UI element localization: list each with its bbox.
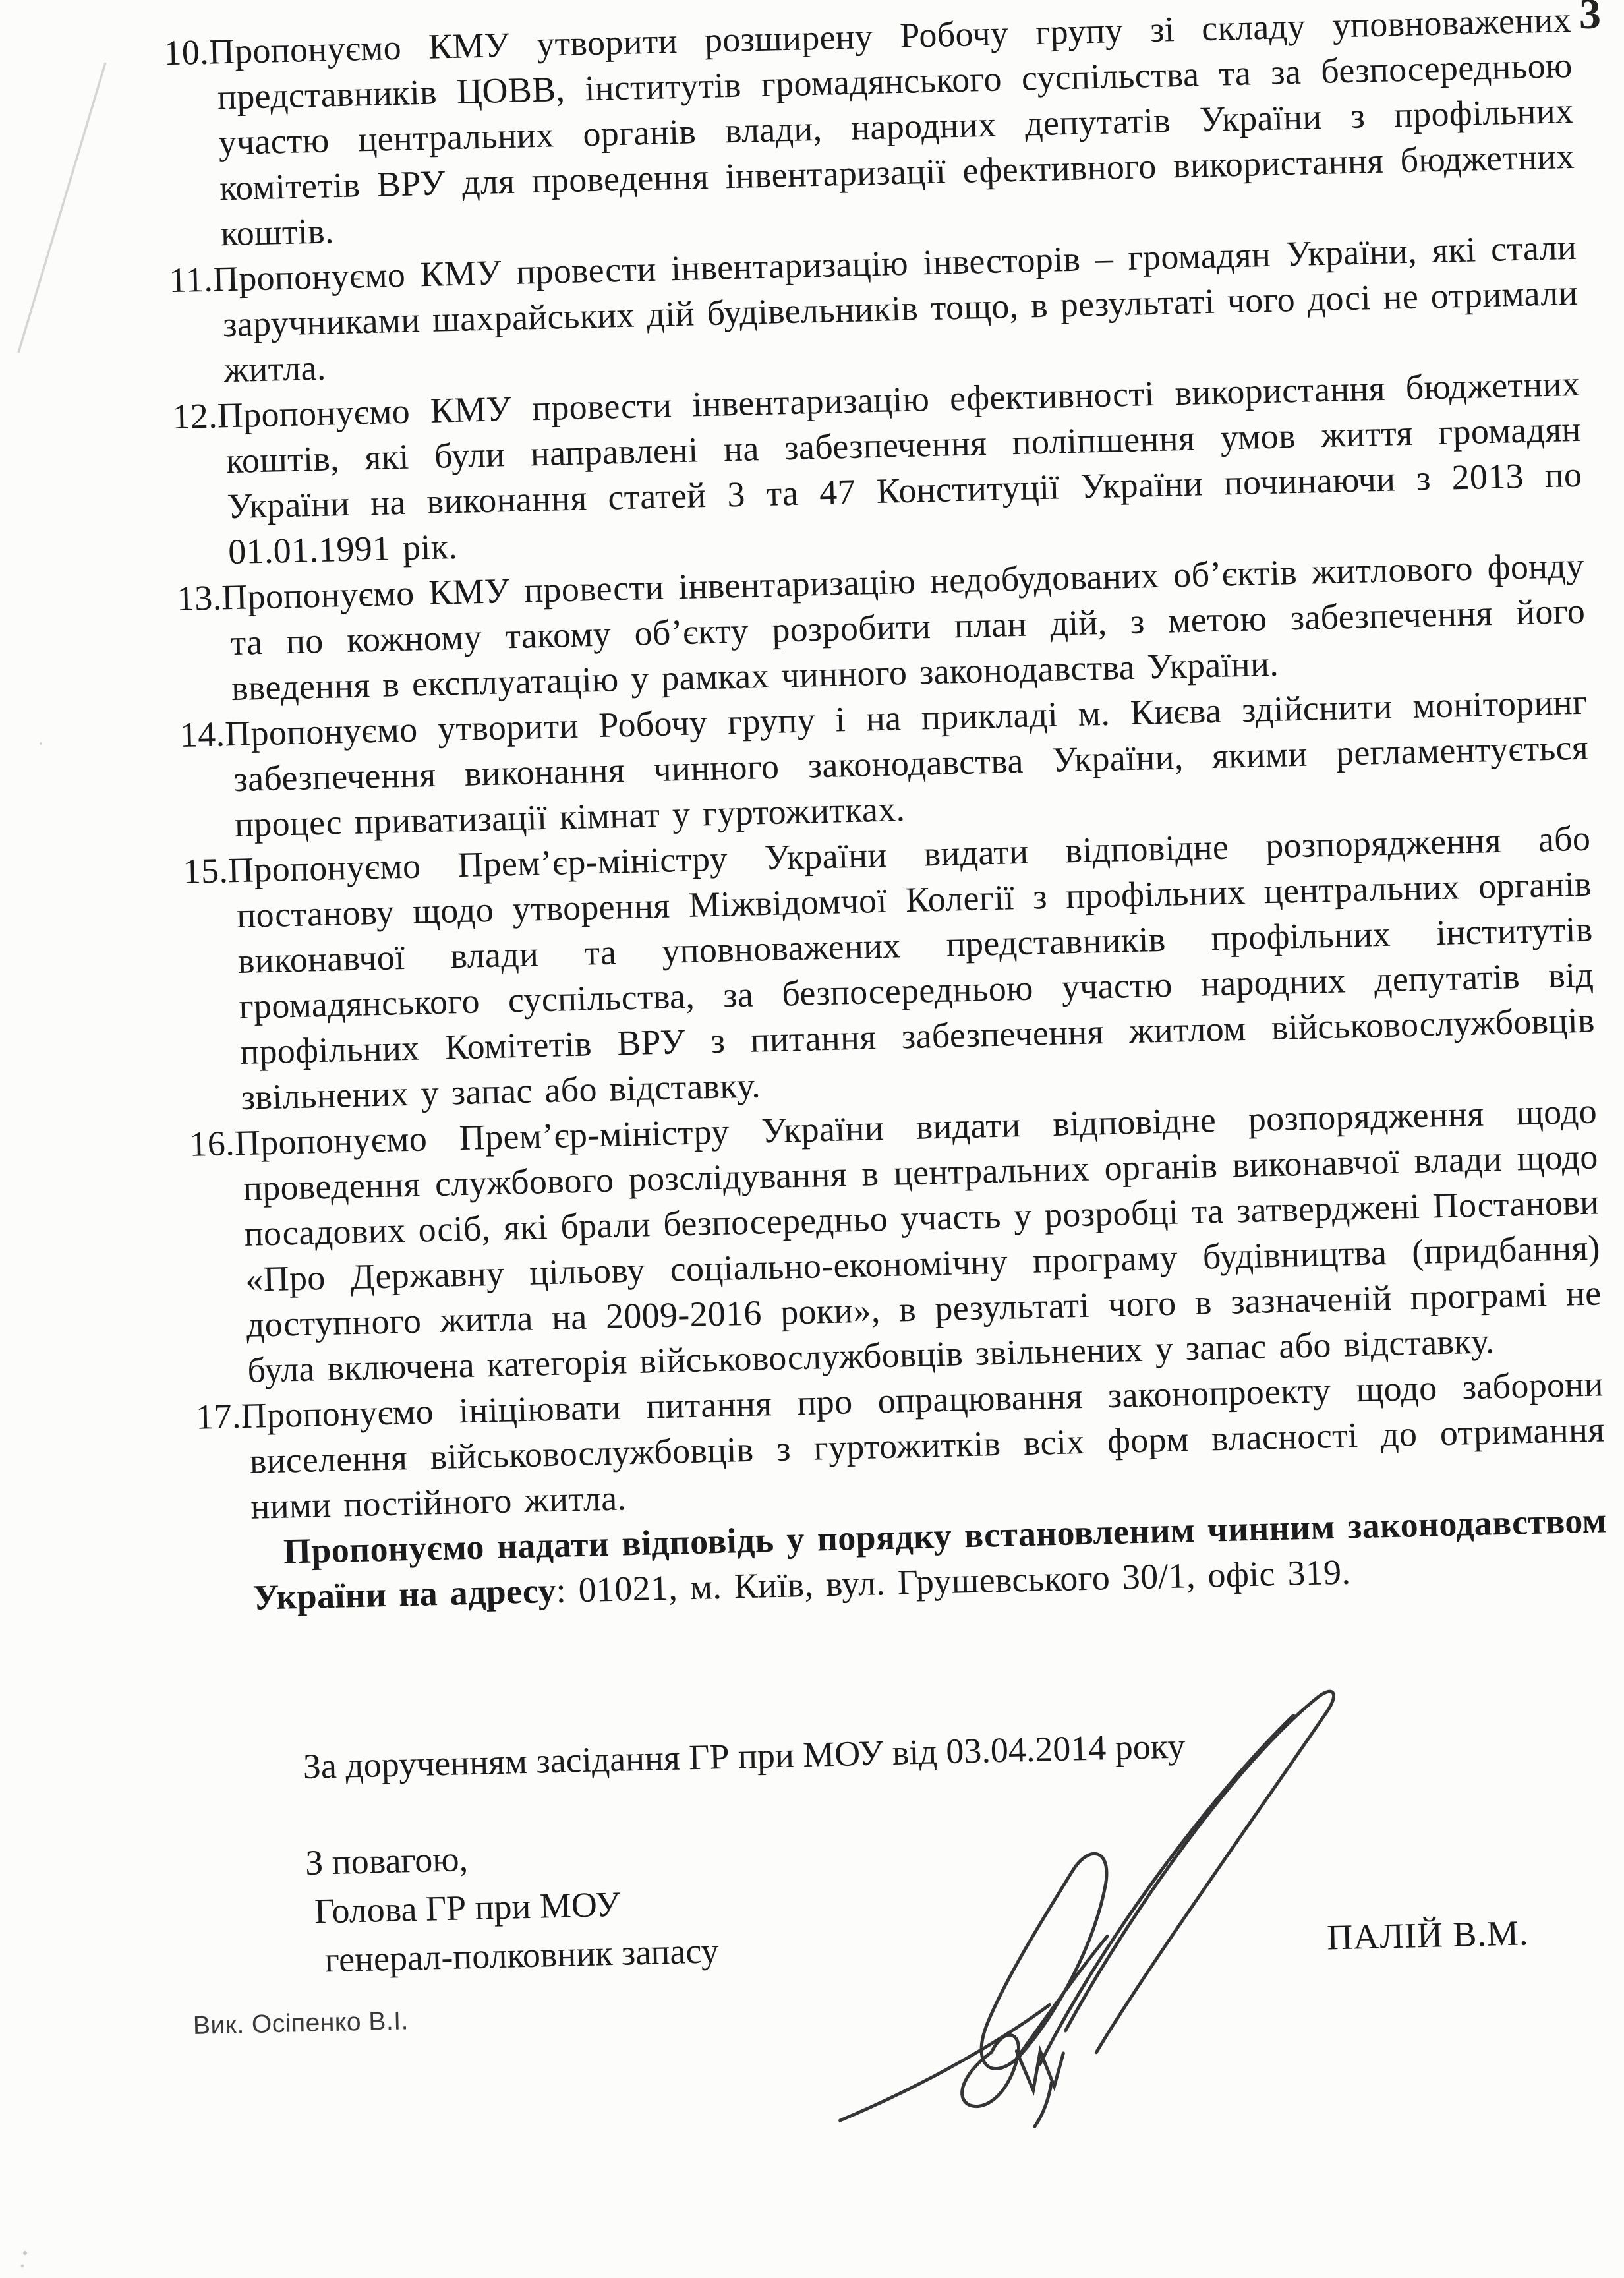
paragraph-number: 15. bbox=[183, 850, 229, 891]
signer-title-line-2: генерал-полковник запасу bbox=[324, 1929, 719, 1981]
paragraph-number: 12. bbox=[172, 396, 218, 437]
list-item: 10.Пропонуємо КМУ утворити розширену Роб… bbox=[163, 0, 1577, 258]
list-item: 12.Пропонуємо КМУ провести інвентаризаці… bbox=[172, 361, 1584, 576]
executor-note: Вик. Осіпенко В.І. bbox=[193, 2006, 409, 2041]
commission-line: За дорученням засідання ГР при МОУ від 0… bbox=[303, 1724, 1186, 1788]
signer-name: ПАЛІЙ В.М. bbox=[1327, 1912, 1530, 1958]
paragraph-text: Пропонуємо КМУ провести інвентаризацію е… bbox=[217, 364, 1582, 571]
content: 10.Пропонуємо КМУ утворити розширену Роб… bbox=[0, 0, 1624, 2278]
signer-title-line-1: Голова ГР при МОУ bbox=[314, 1883, 621, 1933]
paragraph-text: Пропонуємо Прем’єр-міністру України вида… bbox=[234, 1092, 1602, 1390]
paragraph-number: 11. bbox=[169, 260, 214, 301]
paragraph-text: Пропонуємо Прем’єр-міністру України вида… bbox=[227, 819, 1595, 1117]
list-item: 16.Пропонуємо Прем’єр-міністру України в… bbox=[189, 1089, 1603, 1395]
paragraphs-list: 10.Пропонуємо КМУ утворити розширену Роб… bbox=[163, 0, 1608, 1622]
paragraph-number: 10. bbox=[163, 32, 210, 73]
paragraph-number: 13. bbox=[176, 577, 222, 618]
list-item: 15.Пропонуємо Прем’єр-міністру України в… bbox=[183, 816, 1596, 1122]
signature-scribble bbox=[697, 1620, 1368, 2136]
paragraph-number: 14. bbox=[179, 714, 225, 755]
document-page: 3 10.Пропонуємо КМУ утворити розширену Р… bbox=[0, 0, 1624, 2278]
regards-line: З повагою, bbox=[304, 1838, 468, 1884]
paragraph-number: 17. bbox=[196, 1396, 242, 1437]
paragraph-number: 16. bbox=[189, 1123, 235, 1164]
paragraph-text: Пропонуємо КМУ утворити розширену Робочу… bbox=[208, 0, 1575, 253]
